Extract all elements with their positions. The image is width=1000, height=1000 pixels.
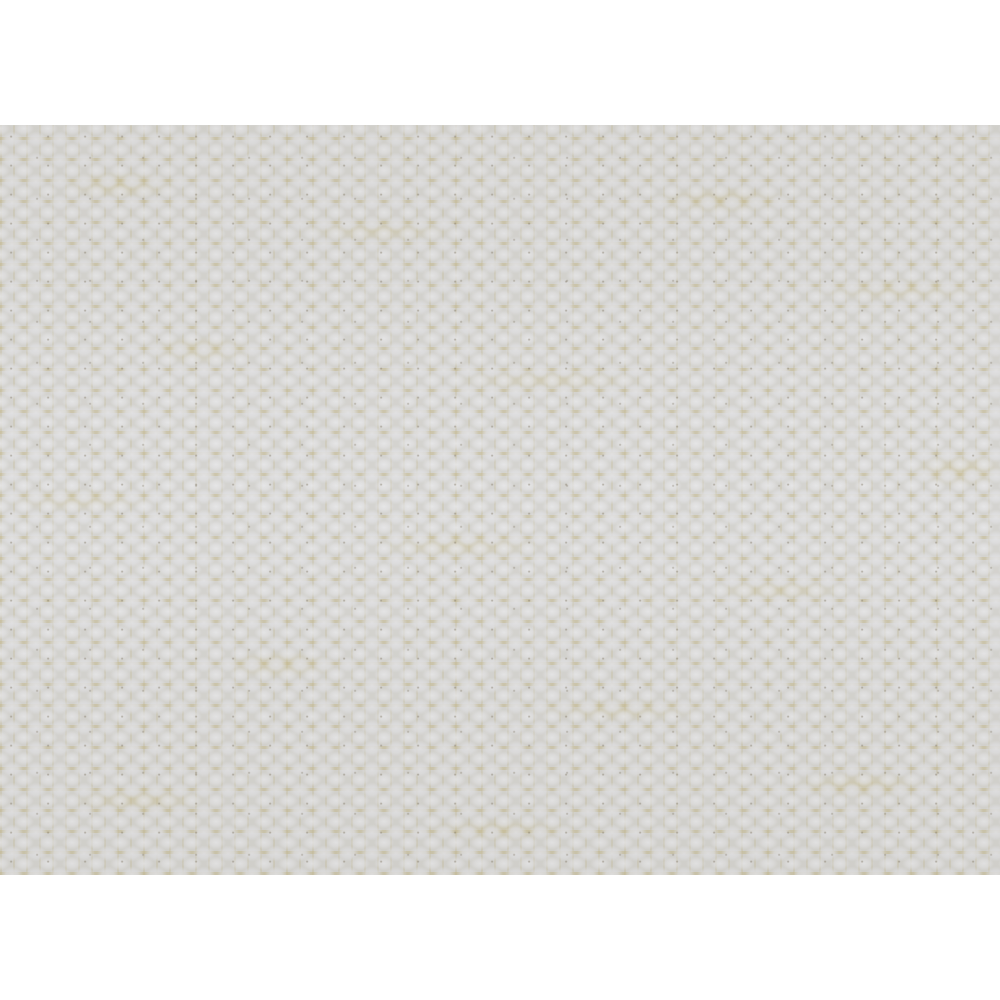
image-frame xyxy=(0,0,1000,1000)
fabric-swatch-photo xyxy=(0,125,1000,875)
fabric-shading xyxy=(0,125,1000,875)
